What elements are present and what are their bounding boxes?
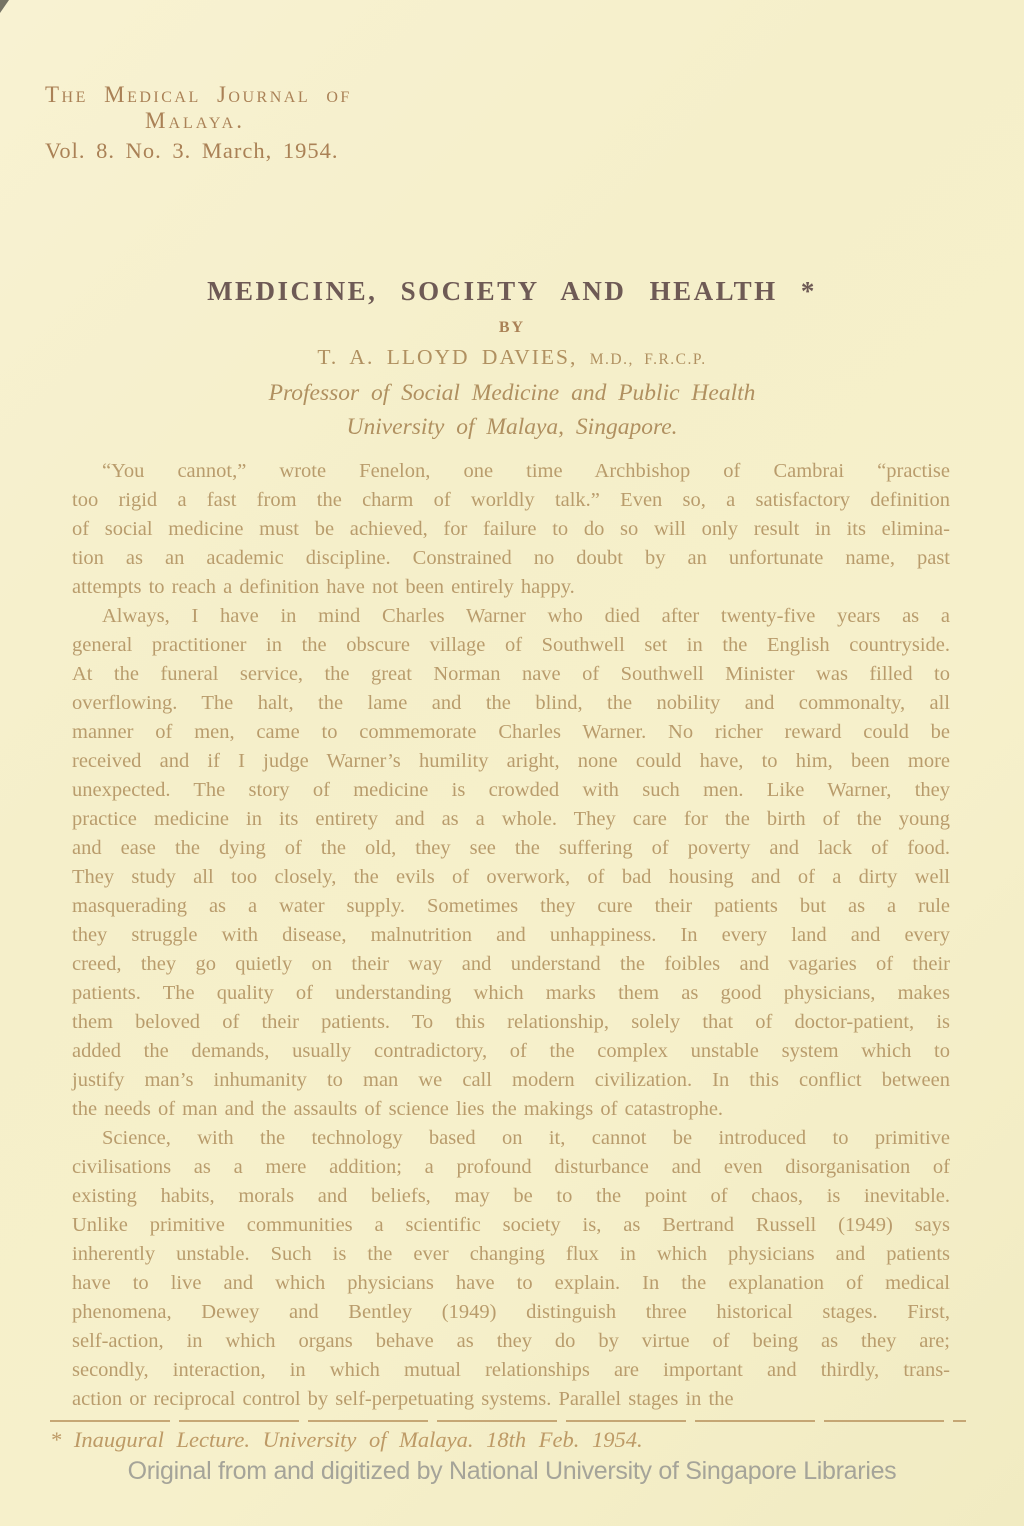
journal-issue-line: Vol. 8. No. 3. March, 1954. [45, 138, 385, 164]
author-line: T. A. LLOYD DAVIES, M.D., F.R.C.P. [0, 345, 1024, 370]
body-line: attempts to reach a definition have not … [72, 573, 950, 602]
article-heading: MEDICINE, SOCIETY AND HEALTH * BY T. A. … [0, 276, 1024, 441]
body-line: They study all too closely, the evils of… [72, 863, 950, 892]
author-affiliation: University of Malaya, Singapore. [0, 414, 1024, 441]
scan-corner-artifact [0, 0, 9, 13]
body-line: the needs of man and the assaults of sci… [72, 1095, 950, 1124]
paragraph: Always, I have in mind Charles Warner wh… [72, 602, 950, 1124]
body-line: patients. The quality of understanding w… [72, 979, 950, 1008]
body-line: them beloved of their patients. To this … [72, 1008, 950, 1037]
body-line: phenomena, Dewey and Bentley (1949) dist… [72, 1298, 950, 1327]
paragraph: “You cannot,” wrote Fenelon, one time Ar… [72, 457, 950, 602]
article-title: MEDICINE, SOCIETY AND HEALTH * [0, 276, 1024, 307]
footnote-text: * Inaugural Lecture. University of Malay… [50, 1427, 966, 1453]
body-line: general practitioner in the obscure vill… [72, 631, 950, 660]
body-line: At the funeral service, the great Norman… [72, 660, 950, 689]
body-line: and ease the dying of the old, they see … [72, 834, 950, 863]
journal-name-line2: Malaya. [45, 108, 345, 134]
body-line: have to live and which physicians have t… [72, 1269, 950, 1298]
digitization-note: Original from and digitized by National … [0, 1457, 1024, 1486]
body-line: creed, they go quietly on their way and … [72, 950, 950, 979]
body-line: action or reciprocal control by self-per… [72, 1385, 950, 1414]
body-line: tion as an academic discipline. Constrai… [72, 544, 950, 573]
body-line: Science, with the technology based on it… [72, 1124, 950, 1153]
journal-name-line1: The Medical Journal of [45, 82, 385, 108]
body-line: “You cannot,” wrote Fenelon, one time Ar… [72, 457, 950, 486]
article-body: “You cannot,” wrote Fenelon, one time Ar… [72, 457, 950, 1414]
paragraph: Science, with the technology based on it… [72, 1124, 950, 1414]
body-line: of social medicine must be achieved, for… [72, 515, 950, 544]
body-line: civilisations as a mere addition; a prof… [72, 1153, 950, 1182]
body-line: received and if I judge Warner’s humilit… [72, 747, 950, 776]
body-line: self-action, in which organs behave as t… [72, 1327, 950, 1356]
body-line: practice medicine in its entirety and as… [72, 805, 950, 834]
body-line: secondly, interaction, in which mutual r… [72, 1356, 950, 1385]
body-line: manner of men, came to commemorate Charl… [72, 718, 950, 747]
byline-label: BY [0, 319, 1024, 337]
body-line: justify man’s inhumanity to man we call … [72, 1066, 950, 1095]
author-name: T. A. LLOYD DAVIES, [317, 345, 577, 369]
footnote-rule [50, 1420, 966, 1422]
body-line: too rigid a fast from the charm of world… [72, 486, 950, 515]
body-line: added the demands, usually contradictory… [72, 1037, 950, 1066]
body-line: they struggle with disease, malnutrition… [72, 921, 950, 950]
body-line: existing habits, morals and beliefs, may… [72, 1182, 950, 1211]
body-line: Always, I have in mind Charles Warner wh… [72, 602, 950, 631]
journal-header: The Medical Journal of Malaya. Vol. 8. N… [45, 82, 385, 164]
body-line: masquerading as a water supply. Sometime… [72, 892, 950, 921]
body-line: Unlike primitive communities a scientifi… [72, 1211, 950, 1240]
body-line: unexpected. The story of medicine is cro… [72, 776, 950, 805]
body-line: overflowing. The halt, the lame and the … [72, 689, 950, 718]
scanned-page: The Medical Journal of Malaya. Vol. 8. N… [0, 0, 1024, 1526]
body-line: inherently unstable. Such is the ever ch… [72, 1240, 950, 1269]
author-position: Professor of Social Medicine and Public … [0, 380, 1024, 407]
author-degrees: M.D., F.R.C.P. [590, 351, 707, 368]
